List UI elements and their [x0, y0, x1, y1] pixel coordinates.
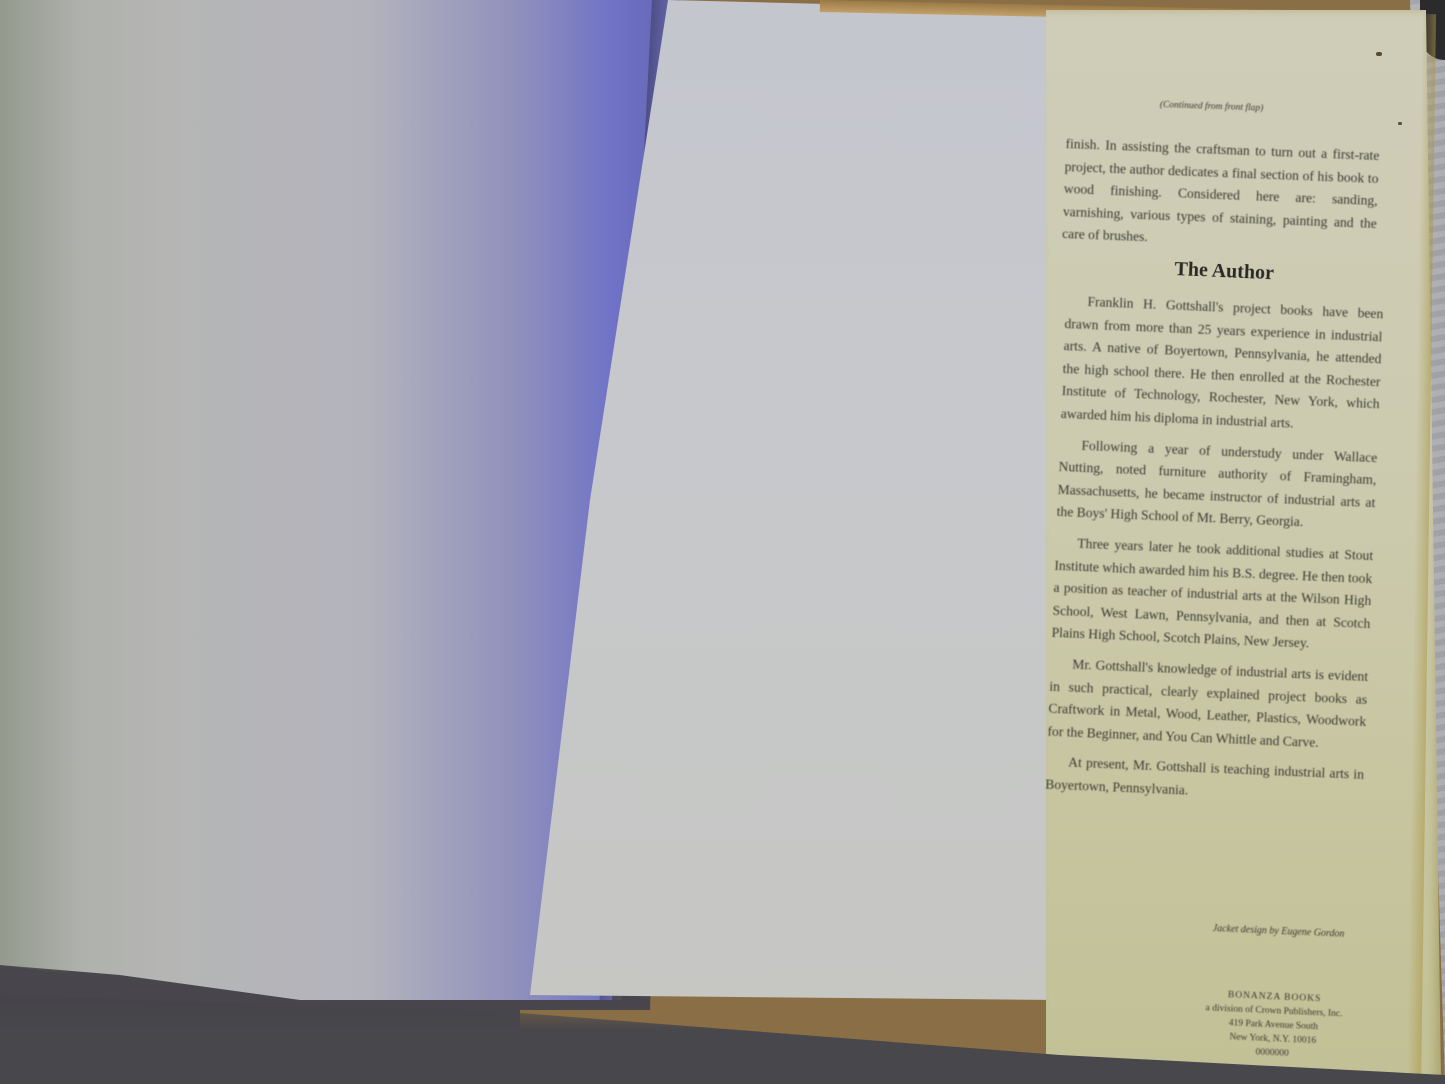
left-page-shadow [0, 0, 80, 1000]
bio-paragraph: Franklin H. Gottshall's project books ha… [1060, 290, 1383, 439]
bio-paragraph: Following a year of understudy under Wal… [1056, 433, 1378, 537]
author-bio: Franklin H. Gottshall's project books ha… [1045, 290, 1384, 809]
flap-intro-text: finish. In assisting the craftsman to tu… [1062, 133, 1380, 258]
flap-stain [1376, 52, 1382, 56]
bio-paragraph: Mr. Gottshall's knowledge of industrial … [1047, 653, 1369, 757]
photo-scene: (Continued from front flap) finish. In a… [0, 0, 1445, 1084]
publisher-imprint: BONANZA BOOKS a division of Crown Publis… [1152, 985, 1395, 1065]
intro-paragraph: finish. In assisting the craftsman to tu… [1062, 133, 1380, 258]
bio-paragraph: Three years later he took additional stu… [1051, 532, 1373, 658]
flap-stain [1398, 122, 1402, 125]
author-heading: The Author [1174, 258, 1274, 285]
